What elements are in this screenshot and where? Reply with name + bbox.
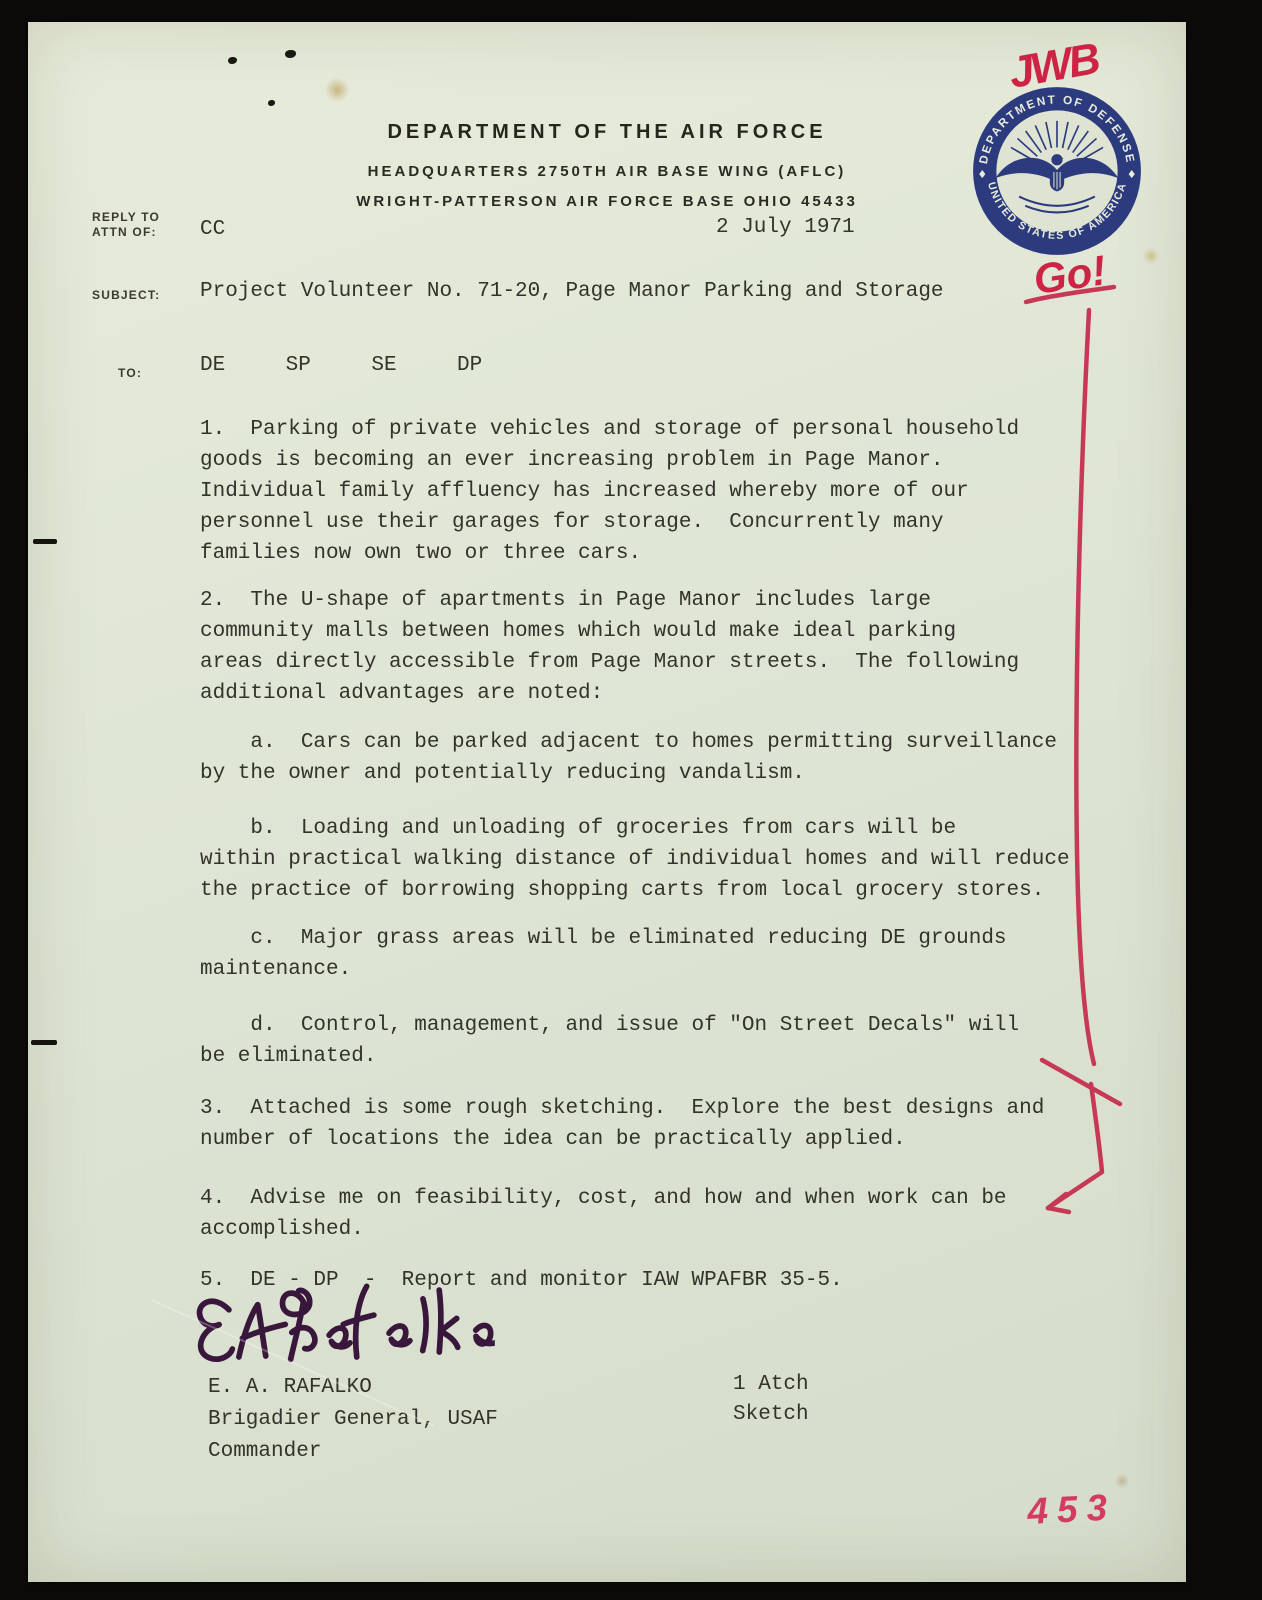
signer-role: Commander [208, 1440, 321, 1463]
to-recipients: DE SP SE DP [200, 354, 538, 377]
body-line: 4. Advise me on feasibility, cost, and h… [200, 1183, 1007, 1214]
paper-stain [324, 78, 350, 102]
paragraph-3: 3. Attached is some rough sketching. Exp… [200, 1093, 1044, 1155]
svg-text:UNITED STATES OF AMERICA: UNITED STATES OF AMERICA [985, 181, 1129, 242]
letterhead-department: DEPARTMENT OF THE AIR FORCE [28, 121, 1186, 144]
paragraph-2: 2. The U-shape of apartments in Page Man… [200, 585, 1019, 709]
body-line: within practical walking distance of ind… [200, 844, 1070, 875]
to-recipient: DE [200, 354, 225, 377]
staple-mark [228, 57, 237, 64]
body-line: goods is becoming an ever increasing pro… [200, 445, 1019, 476]
body-line: b. Loading and unloading of groceries fr… [200, 813, 1070, 844]
to-label: TO: [118, 366, 142, 381]
date: 2 July 1971 [716, 216, 855, 239]
body-line: number of locations the idea can be prac… [200, 1124, 1044, 1155]
body-line: families now own two or three cars. [200, 538, 1019, 569]
body-line: areas directly accessible from Page Mano… [200, 647, 1019, 678]
letterhead-headquarters: HEADQUARTERS 2750TH AIR BASE WING (AFLC) [28, 163, 1186, 180]
to-recipient: DP [457, 354, 482, 377]
signer-title: Brigadier General, USAF [208, 1408, 498, 1431]
paragraph-2c: c. Major grass areas will be eliminated … [200, 923, 1007, 985]
attachment-count: 1 Atch [733, 1373, 809, 1396]
body-line: maintenance. [200, 954, 1007, 985]
paragraph-4: 4. Advise me on feasibility, cost, and h… [200, 1183, 1007, 1245]
subject-label: SUBJECT: [92, 288, 160, 303]
reply-to-label-line2: ATTN OF: [92, 225, 160, 240]
paragraph-2a: a. Cars can be parked adjacent to homes … [200, 727, 1057, 789]
subject-value: Project Volunteer No. 71-20, Page Manor … [200, 280, 944, 303]
scanned-letter-screenshot: { "letterhead": { "line1": "DEPARTMENT O… [0, 0, 1262, 1600]
body-line: the practice of borrowing shopping carts… [200, 875, 1070, 906]
body-line: a. Cars can be parked adjacent to homes … [200, 727, 1057, 758]
paragraph-5: 5. DE - DP - Report and monitor IAW WPAF… [200, 1265, 843, 1296]
fold-mark-lower [31, 1040, 57, 1045]
letter-page: DEPARTMENT OF THE AIR FORCE HEADQUARTERS… [28, 22, 1186, 1582]
body-line: community malls between homes which woul… [200, 616, 1019, 647]
go-underline [1026, 287, 1114, 302]
reply-to-label-line1: REPLY TO [92, 210, 160, 225]
reply-to-value: CC [200, 218, 225, 241]
to-recipient: SE [371, 354, 396, 377]
reply-to-label: REPLY TO ATTN OF: [92, 210, 160, 240]
body-line: d. Control, management, and issue of "On… [200, 1010, 1019, 1041]
red-pencil-annotations: JWB Go! 453 [28, 22, 1186, 1582]
fold-mark-upper [33, 539, 57, 544]
body-line: by the owner and potentially reducing va… [200, 758, 1057, 789]
red-margin-line [1076, 310, 1094, 1064]
handwritten-page-number: 453 [1025, 1486, 1117, 1532]
body-line: c. Major grass areas will be eliminated … [200, 923, 1007, 954]
staple-mark [268, 100, 275, 106]
body-line: 3. Attached is some rough sketching. Exp… [200, 1093, 1044, 1124]
body-line: 1. Parking of private vehicles and stora… [200, 414, 1019, 445]
seal-bottom-text: UNITED STATES OF AMERICA [985, 181, 1129, 242]
paragraph-2d: d. Control, management, and issue of "On… [200, 1010, 1019, 1072]
body-line: Individual family affluency has increase… [200, 476, 1019, 507]
handwritten-initials: JWB [1005, 34, 1103, 98]
handwritten-go: Go! [1031, 246, 1109, 303]
body-line: 5. DE - DP - Report and monitor IAW WPAF… [200, 1265, 843, 1296]
body-line: accomplished. [200, 1214, 1007, 1245]
paragraph-1: 1. Parking of private vehicles and stora… [200, 414, 1019, 569]
to-recipient: SP [286, 354, 311, 377]
staple-mark [285, 50, 296, 58]
letterhead-base-address: WRIGHT-PATTERSON AIR FORCE BASE OHIO 454… [28, 193, 1186, 210]
attachment-name: Sketch [733, 1403, 809, 1426]
body-line: personnel use their garages for storage.… [200, 507, 1019, 538]
paper-stain [1142, 248, 1160, 264]
body-line: 2. The U-shape of apartments in Page Man… [200, 585, 1019, 616]
paper-stain [1114, 1474, 1130, 1488]
paragraph-2b: b. Loading and unloading of groceries fr… [200, 813, 1070, 906]
body-line: be eliminated. [200, 1041, 1019, 1072]
body-line: additional advantages are noted: [200, 678, 1019, 709]
